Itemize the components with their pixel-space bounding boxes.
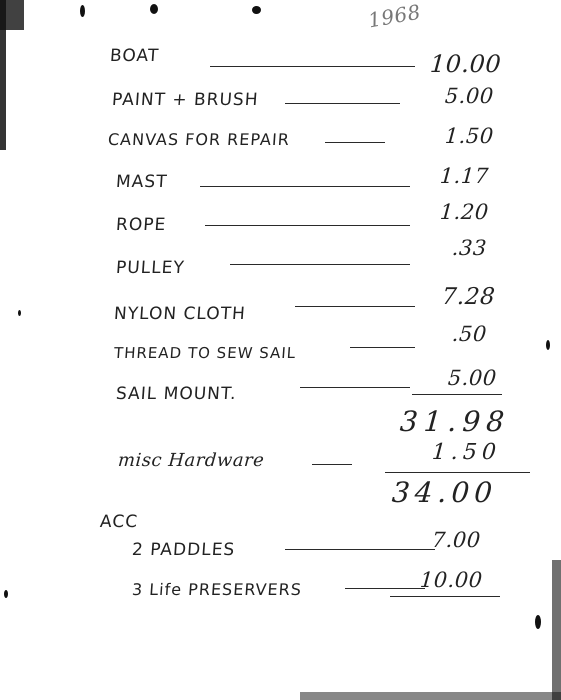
scan-edge-bottom	[300, 692, 561, 700]
subtotal-rule	[412, 394, 502, 395]
leader-line	[350, 347, 415, 348]
item-amount-canvas: 1.50	[444, 124, 494, 148]
leader-line	[285, 103, 400, 104]
acc-amount-life-preservers: 10.00	[419, 568, 483, 592]
item-label-pulley: PULLEY	[115, 258, 185, 278]
speck	[252, 6, 261, 14]
item-amount-rope: 1.20	[439, 200, 489, 224]
speck	[535, 615, 541, 629]
item-amount-sail-mount: 5.00	[447, 366, 497, 390]
leader-line	[205, 225, 410, 226]
item-amount-boat: 10.00	[429, 50, 502, 78]
acc-label-life-preservers: 3 Life PRESERVERS	[131, 580, 302, 599]
leader-line	[312, 464, 352, 465]
speck	[546, 340, 550, 350]
item-label-rope: ROPE	[115, 215, 167, 235]
total-rule	[385, 472, 530, 473]
speck	[4, 590, 8, 598]
leader-line	[300, 387, 410, 388]
item-label-misc-hardware: misc Hardware	[117, 450, 265, 471]
speck	[80, 5, 85, 17]
speck	[18, 310, 21, 316]
scan-edge-top	[0, 0, 24, 30]
acc-amount-paddles: 7.00	[431, 528, 481, 552]
leader-line	[200, 186, 410, 187]
leader-line	[210, 66, 415, 67]
year-note: 1968	[366, 0, 422, 32]
item-label-boat: BOAT	[109, 46, 160, 66]
speck	[150, 4, 158, 14]
leader-line	[295, 306, 415, 307]
misc-amount: 1.50	[431, 440, 502, 465]
item-label-canvas: CANVAS FOR REPAIR	[107, 130, 290, 149]
item-label-sail-mount: SAIL MOUNT.	[115, 384, 237, 404]
rule	[390, 596, 500, 597]
item-label-thread: THREAD TO SEW SAIL	[113, 344, 296, 362]
leader-line	[285, 549, 435, 550]
item-amount-nylon-cloth: 7.28	[441, 284, 496, 310]
item-amount-mast: 1.17	[439, 164, 489, 188]
item-amount-paint-brush: 5.00	[444, 84, 494, 108]
acc-label-paddles: 2 PADDLES	[131, 540, 236, 560]
item-amount-thread: .50	[451, 322, 488, 346]
subtotal-amount: 31.98	[399, 405, 511, 438]
scan-edge-right	[552, 560, 561, 700]
item-label-paint-brush: PAINT + BRUSH	[111, 90, 259, 110]
item-label-nylon-cloth: NYLON CLOTH	[113, 304, 246, 324]
scanned-page: 1968 BOAT 10.00 PAINT + BRUSH 5.00 CANVA…	[0, 0, 561, 700]
item-label-mast: MAST	[115, 172, 168, 192]
item-amount-pulley: .33	[451, 236, 488, 260]
total-amount: 34.00	[391, 476, 498, 509]
leader-line	[325, 142, 385, 143]
leader-line	[345, 588, 425, 589]
leader-line	[230, 264, 410, 265]
accessories-heading: ACC	[99, 512, 138, 532]
